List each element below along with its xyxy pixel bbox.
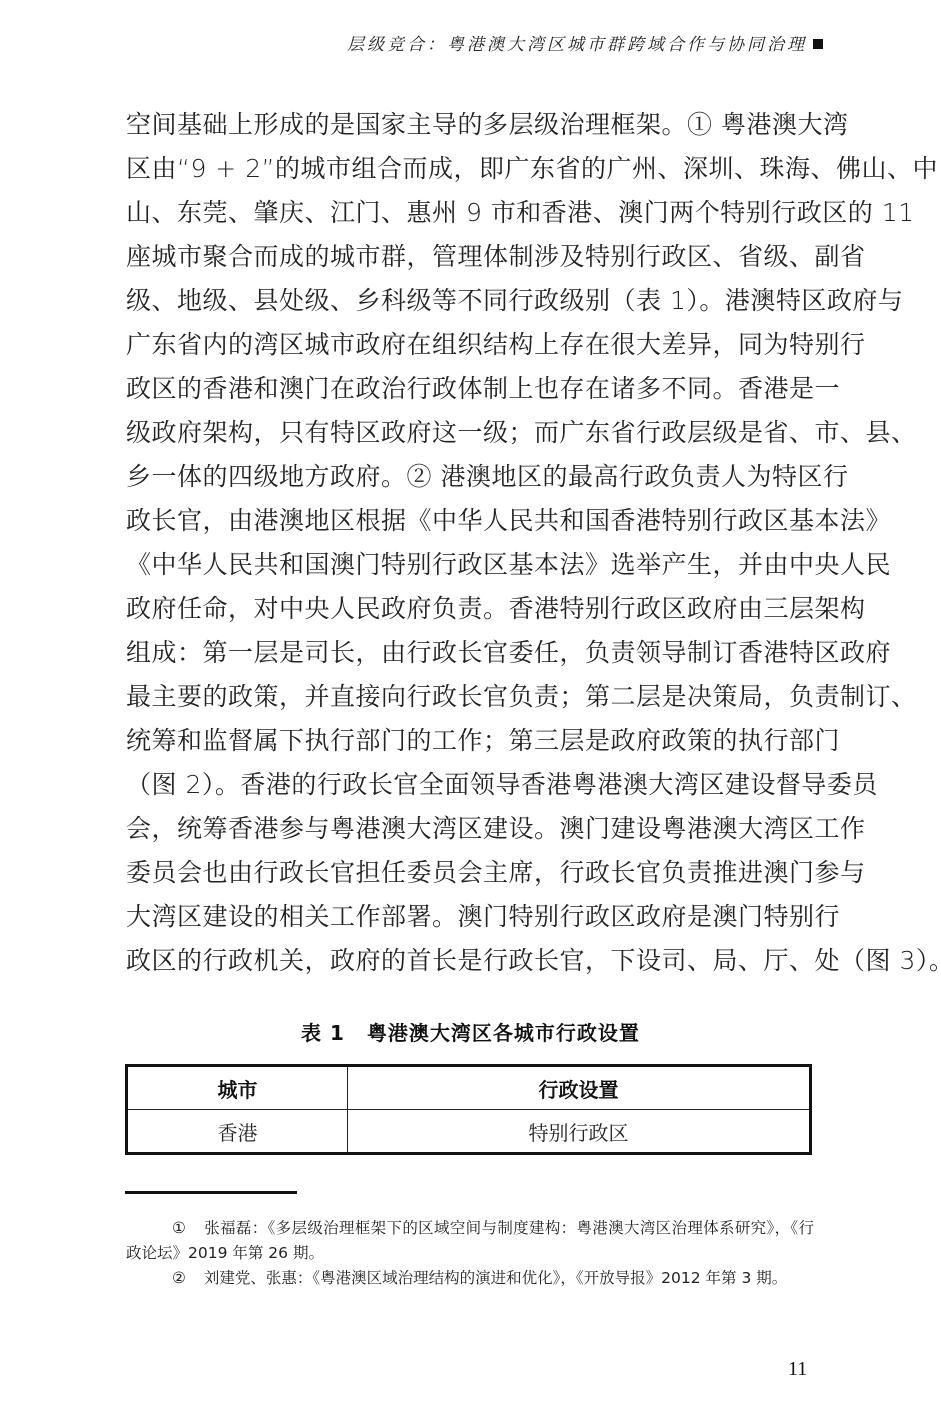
body-line: 级、地级、县处级、乡科级等不同行政级别（表 1）。港澳特区政府与	[126, 279, 816, 323]
body-line: 政区的香港和澳门在政治行政体制上也存在诸多不同。香港是一	[126, 367, 816, 411]
body-line: 组成：第一层是司长，由行政长官委任，负责领导制订香港特区政府	[126, 631, 816, 675]
body-line: 大湾区建设的相关工作部署。澳门特别行政区政府是澳门特别行	[126, 895, 816, 939]
body-line: 广东省内的湾区城市政府在组织结构上存在很大差异，同为特别行	[126, 323, 816, 367]
footnote-mark: ①	[172, 1219, 186, 1237]
body-line: 统筹和监督属下执行部门的工作；第三层是政府政策的执行部门	[126, 719, 816, 763]
table-header-row: 城市 行政设置	[127, 1066, 811, 1110]
footnote-2: ②刘建党、张惠：《粤港澳区域治理结构的演进和优化》，《开放导报》2012 年第 …	[126, 1266, 814, 1291]
table-caption-number: 表 1	[301, 1021, 345, 1045]
footnote-separator	[125, 1191, 297, 1194]
column-header-city: 城市	[127, 1066, 348, 1110]
table-caption-title: 粤港澳大湾区各城市行政设置	[367, 1021, 640, 1045]
body-line: 会，统筹香港参与粤港澳大湾区建设。澳门建设粤港澳大湾区工作	[126, 807, 816, 851]
body-line: 委员会也由行政长官担任委员会主席，行政长官负责推进澳门参与	[126, 851, 816, 895]
admin-settings-table: 城市 行政设置 香港 特别行政区	[125, 1064, 812, 1155]
body-line: （图 2）。香港的行政长官全面领导香港粤港澳大湾区建设督导委员	[126, 763, 816, 807]
page-number: 11	[788, 1358, 807, 1381]
body-line: 政长官，由港澳地区根据《中华人民共和国香港特别行政区基本法》	[126, 499, 816, 543]
footnote-text: 张福磊：《多层级治理框架下的区域空间与制度建构：粤港澳大湾区治理体系研究》，《行…	[126, 1219, 814, 1262]
body-line: 最主要的政策，并直接向行政长官负责；第二层是决策局，负责制订、	[126, 675, 816, 719]
footnotes: ①张福磊：《多层级治理框架下的区域空间与制度建构：粤港澳大湾区治理体系研究》，《…	[126, 1216, 814, 1291]
table-cell-city: 香港	[127, 1110, 348, 1154]
body-line: 山、东莞、肇庆、江门、惠州 9 市和香港、澳门两个特别行政区的 11	[126, 191, 816, 235]
body-line: 政府任命，对中央人民政府负责。香港特别行政区政府由三层架构	[126, 587, 816, 631]
table-caption: 表 1粤港澳大湾区各城市行政设置	[0, 1017, 941, 1046]
column-header-admin-setting: 行政设置	[348, 1066, 811, 1110]
body-line: 政区的行政机关，政府的首长是行政长官，下设司、局、厅、处（图 3）。	[126, 939, 816, 983]
body-line: 级政府架构，只有特区政府这一级；而广东省行政层级是省、市、县、	[126, 411, 816, 455]
body-line: 空间基础上形成的是国家主导的多层级治理框架。① 粤港澳大湾	[126, 103, 816, 147]
running-header-title: 层级竞合：粤港澳大湾区城市群跨域合作与协同治理	[347, 35, 807, 55]
table-row: 香港 特别行政区	[127, 1110, 811, 1154]
body-line: 座城市聚合而成的城市群，管理体制涉及特别行政区、省级、副省	[126, 235, 816, 279]
body-line: 乡一体的四级地方政府。② 港澳地区的最高行政负责人为特区行	[126, 455, 816, 499]
square-marker-icon	[813, 39, 823, 49]
body-paragraph: 空间基础上形成的是国家主导的多层级治理框架。① 粤港澳大湾 区由“9 + 2”的…	[126, 103, 816, 983]
body-line: 区由“9 + 2”的城市组合而成，即广东省的广州、深圳、珠海、佛山、中	[126, 147, 816, 191]
table-cell-admin-setting: 特别行政区	[348, 1110, 811, 1154]
body-line: 《中华人民共和国澳门特别行政区基本法》选举产生，并由中央人民	[126, 543, 816, 587]
footnote-text: 刘建党、张惠：《粤港澳区域治理结构的演进和优化》，《开放导报》2012 年第 3…	[204, 1269, 787, 1287]
footnote-mark: ②	[172, 1269, 186, 1287]
footnote-1: ①张福磊：《多层级治理框架下的区域空间与制度建构：粤港澳大湾区治理体系研究》，《…	[126, 1216, 814, 1266]
running-header: 层级竞合：粤港澳大湾区城市群跨域合作与协同治理	[347, 30, 823, 55]
